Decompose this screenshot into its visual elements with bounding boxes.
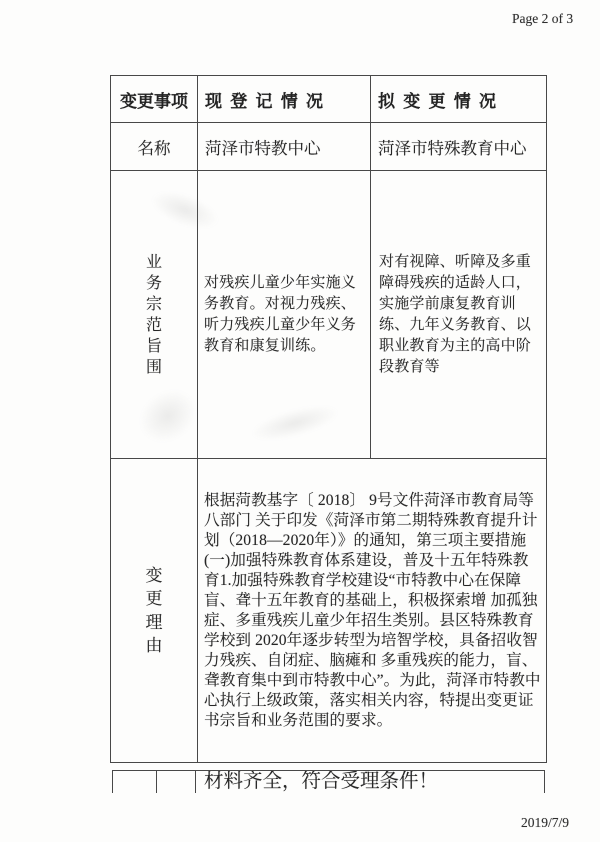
header-change-item: 变更事项 — [111, 76, 198, 122]
acceptance-empty-cell-2 — [157, 771, 196, 793]
change-registration-table: 变更事项 现 登 记 情 况 拟 变 更 情 况 名称 菏泽市特教中心 菏泽市特… — [110, 75, 547, 763]
scanned-document-page: Page 2 of 3 变更事项 现 登 记 情 况 拟 变 更 情 况 名称 … — [0, 0, 600, 842]
date-stamp: 2019/7/9 — [521, 815, 569, 831]
name-row-label: 名称 — [111, 123, 198, 170]
name-proposed-value: 菏泽市特殊教育中心 — [371, 123, 546, 170]
change-reason-content-cell: 根据菏教基字〔 2018〕 9号文件菏泽市教育局等八部门 关于印发《菏泽市第二期… — [198, 459, 548, 762]
header-proposed-status: 拟 变 更 情 况 — [371, 76, 546, 122]
business-scope-proposed-cell: 对有视障、听障及多重障碍残疾的适龄人口，实施学前康复教育训练、九年义务教育、以职… — [371, 171, 546, 458]
name-row: 名称 菏泽市特教中心 菏泽市特殊教育中心 — [111, 123, 546, 171]
change-reason-row: 变更理由 根据菏教基字〔 2018〕 9号文件菏泽市教育局等八部门 关于印发《菏… — [111, 459, 546, 762]
acceptance-note-cell: 材料齐全，符合受理条件！ — [196, 771, 544, 793]
acceptance-empty-cell-1 — [113, 771, 157, 793]
business-scope-current-text: 对残疾儿童少年实施义务教育。对视力残疾、听力残疾儿童少年义务教育和康复训练。 — [198, 273, 370, 357]
business-scope-vertical-label: 业务宗范旨围 — [144, 252, 164, 378]
change-reason-label-cell: 变更理由 — [111, 459, 198, 762]
business-scope-current-cell: 对残疾儿童少年实施义务教育。对视力残疾、听力残疾儿童少年义务教育和康复训练。 — [198, 171, 371, 458]
acceptance-section: 材料齐全，符合受理条件！ — [112, 770, 545, 793]
change-reason-vertical-label: 变更理由 — [143, 564, 164, 658]
page-number: Page 2 of 3 — [512, 11, 573, 27]
acceptance-note-text: 材料齐全，符合受理条件！ — [204, 771, 438, 792]
business-scope-proposed-text: 对有视障、听障及多重障碍残疾的适龄人口，实施学前康复教育训练、九年义务教育、以职… — [371, 252, 546, 378]
business-scope-label-cell: 业务宗范旨围 — [111, 171, 198, 458]
name-current-value: 菏泽市特教中心 — [198, 123, 371, 170]
table-header-row: 变更事项 现 登 记 情 况 拟 变 更 情 况 — [111, 76, 546, 123]
change-reason-text: 根据菏教基字〔 2018〕 9号文件菏泽市教育局等八部门 关于印发《菏泽市第二期… — [198, 491, 548, 731]
header-current-status: 现 登 记 情 况 — [198, 76, 371, 122]
business-scope-row: 业务宗范旨围 对残疾儿童少年实施义务教育。对视力残疾、听力残疾儿童少年义务教育和… — [111, 171, 546, 459]
